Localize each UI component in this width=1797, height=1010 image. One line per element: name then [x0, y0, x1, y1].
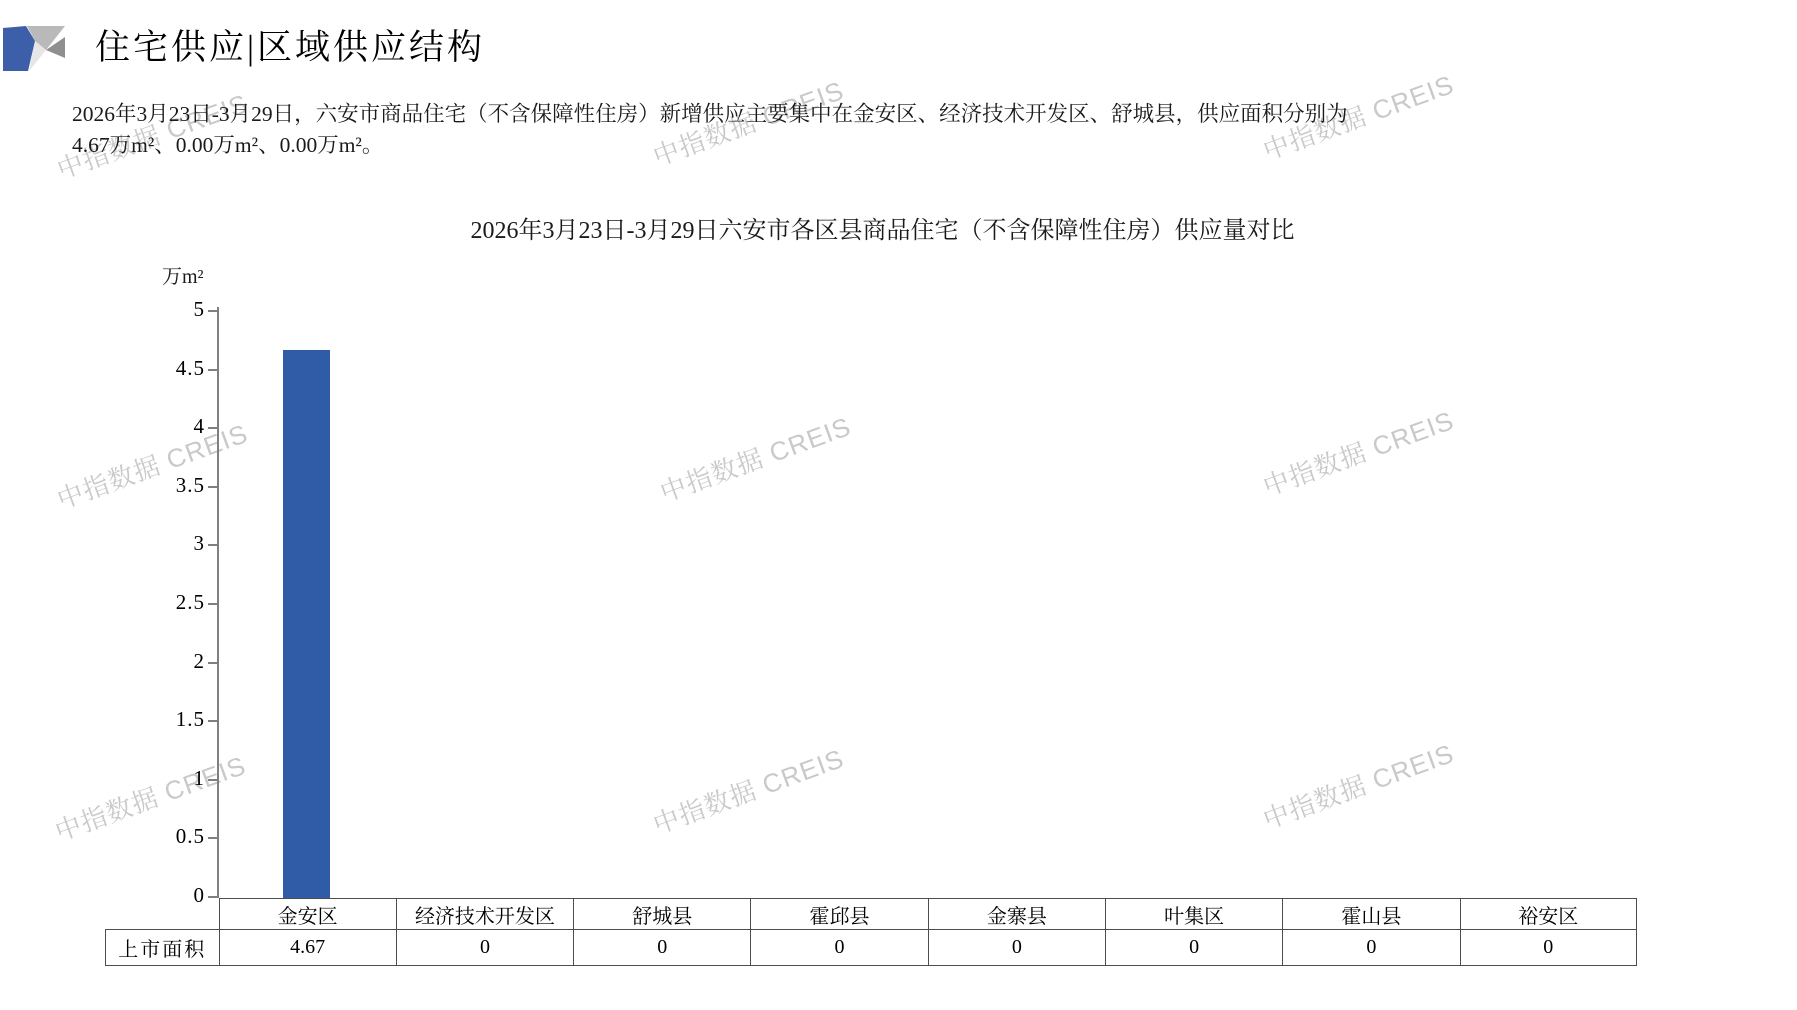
summary-line-2: 4.67万m²、0.00万m²、0.00万m²。 [72, 130, 1732, 161]
category-header-cell: 金寨县 [928, 898, 1105, 929]
creis-logo-icon [2, 24, 68, 79]
value-cell: 0 [396, 929, 573, 966]
y-tick-mark [208, 369, 217, 371]
y-tick-mark [208, 662, 217, 664]
y-axis-line [217, 307, 219, 898]
category-header-cell: 霍邱县 [750, 898, 927, 929]
y-tick-label: 0.5 [100, 824, 205, 849]
y-axis-unit-label: 万m² [162, 260, 204, 289]
y-tick-label: 2 [100, 649, 205, 674]
value-cell: 0 [928, 929, 1105, 966]
y-tick-mark [208, 427, 217, 429]
y-tick-label: 3.5 [100, 473, 205, 498]
category-header-cell: 叶集区 [1105, 898, 1282, 929]
y-tick-label: 4.5 [100, 356, 205, 381]
bar [283, 350, 330, 898]
value-cell: 0 [1460, 929, 1637, 966]
category-header-cell: 经济技术开发区 [396, 898, 573, 929]
y-tick-label: 3 [100, 531, 205, 556]
table-corner-blank [105, 898, 219, 929]
y-tick-label: 1.5 [100, 707, 205, 732]
page-title: 住宅供应|区域供应结构 [95, 20, 485, 70]
y-tick-label: 5 [100, 297, 205, 322]
chart-title: 2026年3月23日-3月29日六安市各区县商品住宅（不含保障性住房）供应量对比 [100, 210, 1665, 245]
y-tick-mark [208, 720, 217, 722]
summary-text: 2026年3月23日-3月29日，六安市商品住宅（不含保障性住房）新增供应主要集… [72, 99, 1732, 161]
y-tick-label: 4 [100, 414, 205, 439]
series-row-header-cell: 上市面积 [105, 929, 219, 966]
value-cell: 0 [1282, 929, 1459, 966]
value-cell: 0 [750, 929, 927, 966]
value-cell: 0 [1105, 929, 1282, 966]
summary-line-1: 2026年3月23日-3月29日，六安市商品住宅（不含保障性住房）新增供应主要集… [72, 99, 1732, 130]
report-page: 中指数据 CREIS中指数据 CREIS中指数据 CREIS中指数据 CREIS… [0, 0, 1797, 1010]
y-tick-mark [208, 544, 217, 546]
y-tick-mark [208, 837, 217, 839]
value-cell: 0 [573, 929, 750, 966]
value-cell: 4.67 [219, 929, 396, 966]
category-header-cell: 裕安区 [1460, 898, 1637, 929]
y-tick-mark [208, 779, 217, 781]
y-tick-mark [208, 310, 217, 312]
category-header-cell: 舒城县 [573, 898, 750, 929]
y-tick-label: 1 [100, 766, 205, 791]
category-header-cell: 金安区 [219, 898, 396, 929]
y-tick-mark [208, 486, 217, 488]
chart-data-table: 金安区经济技术开发区舒城县霍邱县金寨县叶集区霍山县裕安区上市面积4.670000… [105, 898, 1637, 966]
y-tick-label: 2.5 [100, 590, 205, 615]
y-tick-mark [208, 603, 217, 605]
category-header-cell: 霍山县 [1282, 898, 1459, 929]
